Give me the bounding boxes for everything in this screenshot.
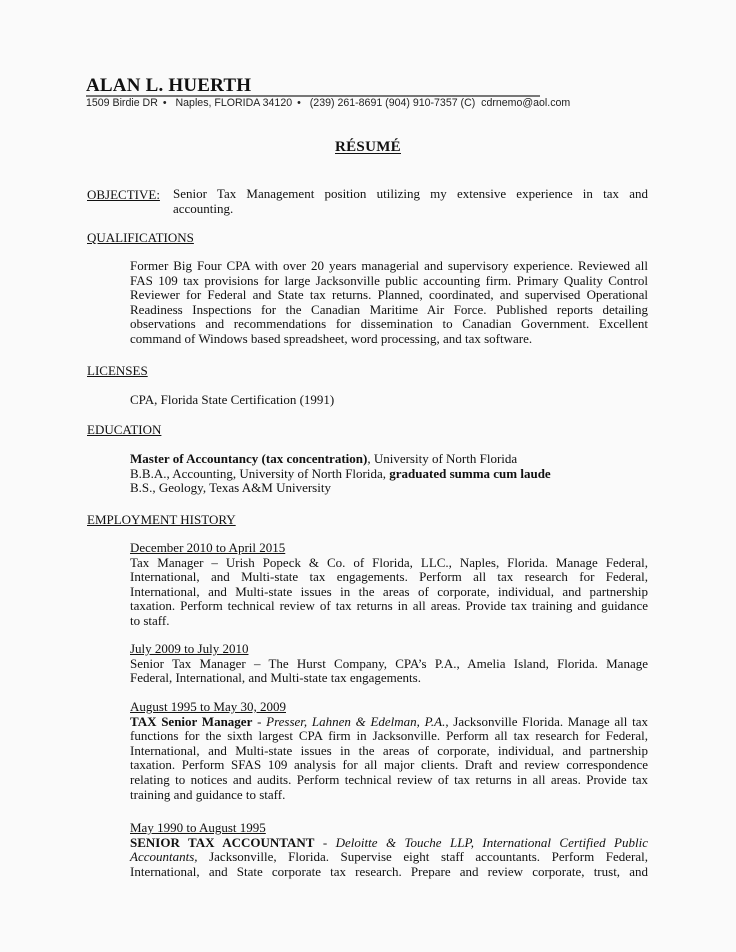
- contact-address: 1509 Birdie DR: [86, 97, 158, 109]
- job-dates: December 2010 to April 2015: [130, 541, 648, 556]
- job-entry: December 2010 to April 2015 Tax Manager …: [130, 541, 648, 629]
- licenses-heading: LICENSES: [87, 363, 148, 378]
- resume-page: ALAN L. HUERTH 1509 Birdie DR• Naples, F…: [0, 0, 736, 952]
- education-list: Master of Accountancy (tax concentration…: [130, 452, 648, 496]
- job-line: SENIOR TAX ACCOUNTANT - Deloitte & Touch…: [130, 836, 648, 851]
- job-line: training and guidance to staff.: [130, 788, 648, 803]
- job-entry: May 1990 to August 1995 SENIOR TAX ACCOU…: [130, 821, 648, 879]
- contact-email[interactable]: cdrnemo@aol.com: [481, 97, 570, 109]
- firm-name: Deloitte & Touche LLP, International Cer…: [336, 835, 648, 850]
- contact-phones: (239) 261-8691 (904) 910-7357 (C): [310, 97, 475, 109]
- job-line: Federal, International, and Multi-state …: [130, 671, 648, 686]
- qualifications-line: command of Windows based spreadsheet, wo…: [130, 332, 648, 347]
- job-line: to staff.: [130, 614, 648, 629]
- resume-header: ALAN L. HUERTH 1509 Birdie DR• Naples, F…: [86, 76, 646, 109]
- job-title: TAX Senior Manager: [130, 714, 252, 729]
- objective-line: Senior Tax Management position utilizing…: [173, 187, 648, 202]
- job-entry: July 2009 to July 2010 Senior Tax Manage…: [130, 642, 648, 686]
- qualifications-text: Former Big Four CPA with over 20 years m…: [130, 259, 648, 347]
- objective-line: accounting.: [173, 202, 648, 217]
- job-line: Senior Tax Manager – The Hurst Company, …: [130, 657, 648, 672]
- job-line: functions for the sixth largest CPA firm…: [130, 729, 648, 744]
- document-title: RÉSUMÉ: [0, 139, 736, 156]
- job-line: TAX Senior Manager - Presser, Lahnen & E…: [130, 715, 648, 730]
- qualifications-heading: QUALIFICATIONS: [87, 230, 194, 245]
- job-entry: August 1995 to May 30, 2009 TAX Senior M…: [130, 700, 648, 802]
- qualifications-line: Readiness Inspections for the Canadian M…: [130, 303, 648, 318]
- license-item: CPA, Florida State Certification (1991): [130, 393, 648, 408]
- employment-heading: EMPLOYMENT HISTORY: [87, 512, 236, 527]
- objective-text: Senior Tax Management position utilizing…: [173, 187, 648, 216]
- job-line: International, and Multi-state issues in…: [130, 744, 648, 759]
- education-item: B.B.A., Accounting, University of North …: [130, 467, 648, 482]
- job-dates: August 1995 to May 30, 2009: [130, 700, 648, 715]
- job-dates: May 1990 to August 1995: [130, 821, 648, 836]
- degree-name: Master of Accountancy (tax concentration…: [130, 451, 367, 466]
- job-dates: July 2009 to July 2010: [130, 642, 648, 657]
- job-title: SENIOR TAX ACCOUNTANT: [130, 835, 314, 850]
- job-line: Accountants, Jacksonville, Florida. Supe…: [130, 850, 648, 865]
- contact-city: Naples, FLORIDA 34120: [176, 97, 293, 109]
- firm-name: Presser, Lahnen & Edelman, P.A.: [266, 714, 445, 729]
- job-line: International, and Multi-state tax engag…: [130, 570, 648, 585]
- job-line: taxation. Perform technical review of ta…: [130, 599, 648, 614]
- education-item: Master of Accountancy (tax concentration…: [130, 452, 648, 467]
- bullet-separator-icon: •: [163, 97, 167, 109]
- job-line: International, and Multi-state issues in…: [130, 585, 648, 600]
- education-item: B.S., Geology, Texas A&M University: [130, 481, 648, 496]
- job-line: relating to notices and audits. Perform …: [130, 773, 648, 788]
- objective-heading: OBJECTIVE:: [87, 187, 160, 202]
- job-line: International, and State corporate tax r…: [130, 865, 648, 880]
- qualifications-line: observations and recommendations for dis…: [130, 317, 648, 332]
- contact-line: 1509 Birdie DR• Naples, FLORIDA 34120• (…: [86, 97, 646, 109]
- job-line: taxation. Perform SFAS 109 analysis for …: [130, 758, 648, 773]
- honors: graduated summa cum laude: [389, 466, 550, 481]
- candidate-name: ALAN L. HUERTH: [86, 76, 646, 95]
- bullet-separator-icon: •: [297, 97, 301, 109]
- qualifications-line: FAS 109 tax provisions for large Jackson…: [130, 274, 648, 289]
- qualifications-line: Reviewer for Federal and State tax retur…: [130, 288, 648, 303]
- job-line: Tax Manager – Urish Popeck & Co. of Flor…: [130, 556, 648, 571]
- qualifications-line: Former Big Four CPA with over 20 years m…: [130, 259, 648, 274]
- education-heading: EDUCATION: [87, 422, 161, 437]
- licenses-list: CPA, Florida State Certification (1991): [130, 393, 648, 408]
